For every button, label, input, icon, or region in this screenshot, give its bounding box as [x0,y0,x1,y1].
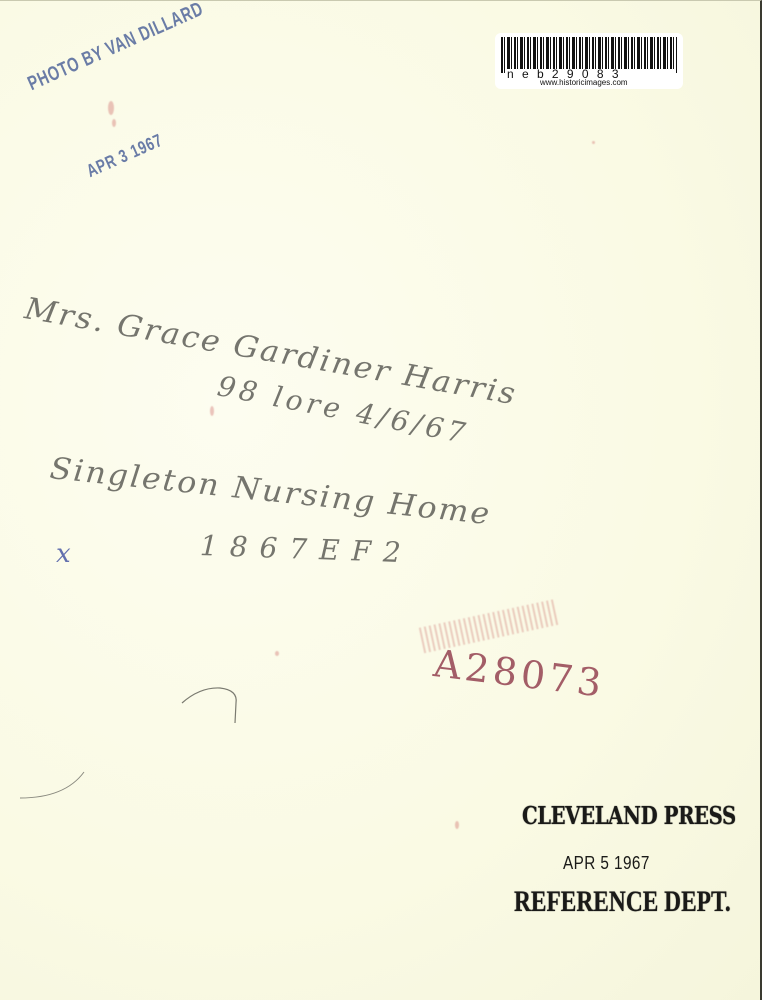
ink-speckle [592,141,595,144]
archive-number-stamp: A28073 [434,641,606,685]
barcode-url: www.historicimages.com [539,78,629,87]
reference-date-stamp: APR 5 1967 [563,853,650,874]
ink-speckle [112,119,116,127]
ink-speckle [455,821,459,829]
publisher-stamp: CLEVELAND PRESS [522,801,736,830]
barcode-sticker: neb29083 www.historicimages.com [495,33,683,89]
handwritten-blue-mark: x [56,539,71,569]
ink-speckle [275,651,279,656]
ink-speckle [108,101,114,115]
handwritten-file-code: 1867EF2 [199,529,413,569]
photo-date-stamp: APR 3 1967 [83,130,166,182]
pencil-stroke [10,766,90,806]
handwritten-location: Singleton Nursing Home [48,451,493,532]
reference-dept-stamp: REFERENCE DEPT. [514,885,731,919]
photo-credit-stamp: PHOTO BY VAN DILLARD [25,0,208,96]
pencil-stroke [180,681,250,731]
ink-speckle [210,406,214,416]
archive-number: A28073 [431,641,607,706]
photo-back-page: neb29083 www.historicimages.com PHOTO BY… [0,0,762,1000]
